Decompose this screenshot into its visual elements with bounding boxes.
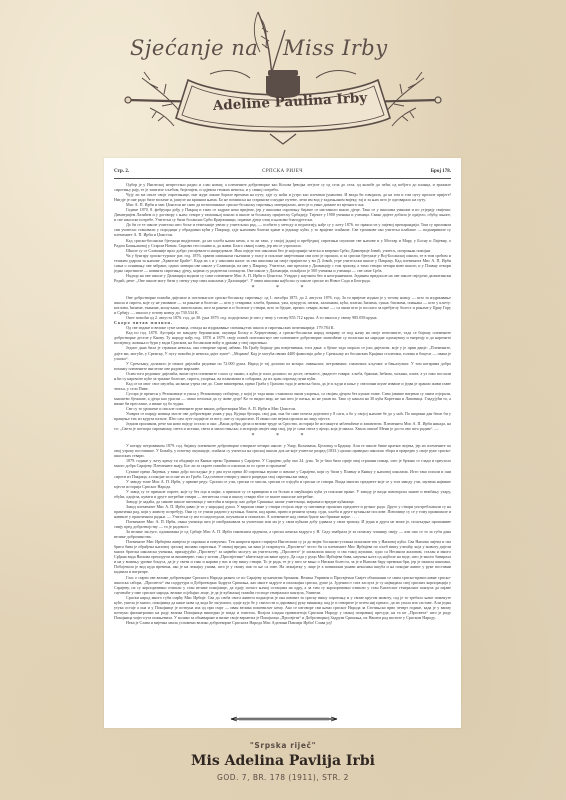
paragraph: Ча у бунгару српско-турског рат, год. 18… (114, 253, 451, 273)
paragraph: Сузаше преко Лијевна, у вино дођо посљед… (114, 469, 451, 479)
paragraph: Чују ли ма откле своје сиротињице, оне ж… (114, 192, 451, 202)
caption-title: Mis Adelina Pavlija Irbi (0, 753, 566, 769)
ornamental-divider-icon (229, 716, 339, 722)
paragraph: Једном приликом, рече ми ново ваједу ост… (114, 421, 451, 431)
paragraph: Српски народ много губи смрћу Мис Ирбије… (114, 595, 451, 620)
section-separator: * * * (114, 434, 451, 439)
paragraph: Кад српско-босански бјегунци видјелише, … (114, 238, 451, 248)
caption-source: "Srpska riječ" (0, 741, 566, 750)
paragraph: Одбор је у Инглеској непрестано радио и … (114, 182, 451, 192)
article-body: Одбор је у Инглеској непрестано радио и … (114, 182, 451, 625)
section-separator: * * * (114, 286, 451, 291)
newspaper-page: Стр. 2. СРПСКА РИЈЕЧ Број 178. Одбор је … (104, 158, 461, 728)
quill-inkwell-banner-icon (120, 8, 446, 158)
paragraph: Завод племените Мис А. П. Ирби давао је … (114, 504, 451, 519)
paragraph: Једног дана била је страшна невоља, она … (114, 345, 451, 360)
logo-script-right: Miss Irby (283, 36, 388, 60)
paragraph: Племените Мис А. П. Ирби, свака ученица … (114, 519, 451, 529)
paragraph: За велике заслуге, одликована је од Срби… (114, 529, 451, 539)
newspaper-title: СРПСКА РИЈЕЧ (114, 169, 451, 174)
paragraph: Да би се те школе учитељи што боље и тем… (114, 222, 451, 237)
paragraph: У котару петровачком 1879. год. бијашу п… (114, 443, 451, 458)
issue-number: Број 178. (431, 169, 451, 174)
paragraph: Године 1870. 8. фебруара дођу у Пакрац и… (114, 207, 451, 222)
caption-issue: GOD. 7, BR. 178 (1911), STR. 2 (0, 773, 566, 782)
paragraph: Суспра је пренеси у Резоновице и ушла у … (114, 391, 451, 406)
closing-line: Нека је Слава и вијечна хвала успомени в… (114, 620, 451, 625)
paragraph: Ове добротворне помоћи дијелиле и потпом… (114, 295, 451, 315)
paragraph: Осим тога редовног дијелића, више пута п… (114, 371, 451, 381)
paragraph: Школе су се Славоније врло добро уиспјев… (114, 248, 451, 253)
paragraph: Кад се из овог свог изузећа, на ваша утр… (114, 381, 451, 391)
newspaper-header: Стр. 2. СРПСКА РИЈЕЧ Број 178. (114, 169, 451, 179)
paragraph: Ушврта се пирају новица могле ове доброт… (114, 411, 451, 421)
paragraph: Кад по год. 1878. Аустрија по мандату бе… (114, 330, 451, 345)
paragraph: Глас о смрти ове велике добротворке Српс… (114, 575, 451, 595)
paragraph: У Сремљаку, долазило је сваког дијелића … (114, 361, 451, 371)
paragraph: У завод су се примале сироте, које су бе… (114, 489, 451, 499)
header-emblem: Sjećanje na Miss Irby Adeline Paulina Ir… (120, 8, 446, 158)
paragraph: Надзор на ове школе у Далмацији водили с… (114, 273, 451, 283)
logo-script-left: Sjećanje na (130, 36, 258, 60)
paragraph: Племените Мис Ирбијева живјела је скромн… (114, 539, 451, 574)
paragraph: 1879. године у љету крену ти обадвије из… (114, 458, 451, 468)
paragraph: У заводу томе Мис А. П. Ирби, у првоме р… (114, 479, 451, 489)
